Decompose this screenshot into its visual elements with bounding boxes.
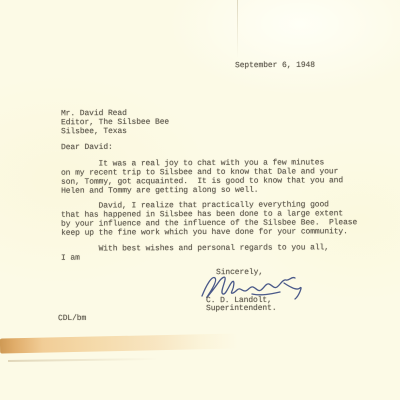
body-paragraph-1: It was a real joy to chat with you a few… bbox=[61, 158, 343, 195]
salutation: Dear David: bbox=[61, 143, 113, 152]
scan-artifact-tape-strip bbox=[0, 334, 238, 354]
letter-date: September 6, 1948 bbox=[235, 61, 315, 70]
recipient-address: Mr. David Read Editor, The Silsbee Bee S… bbox=[61, 109, 169, 137]
body-paragraph-3: With best wishes and personal regards to… bbox=[61, 243, 329, 262]
scan-artifact-smudge bbox=[8, 358, 158, 362]
scanned-letter-page: September 6, 1948 Mr. David Read Editor,… bbox=[0, 0, 400, 400]
body-paragraph-2: David, I realize that practically everyt… bbox=[61, 200, 357, 238]
paper-crease-line bbox=[237, 0, 238, 58]
signer-title: Superintendent. bbox=[206, 304, 277, 313]
reference-initials: CDL/bm bbox=[58, 314, 86, 323]
